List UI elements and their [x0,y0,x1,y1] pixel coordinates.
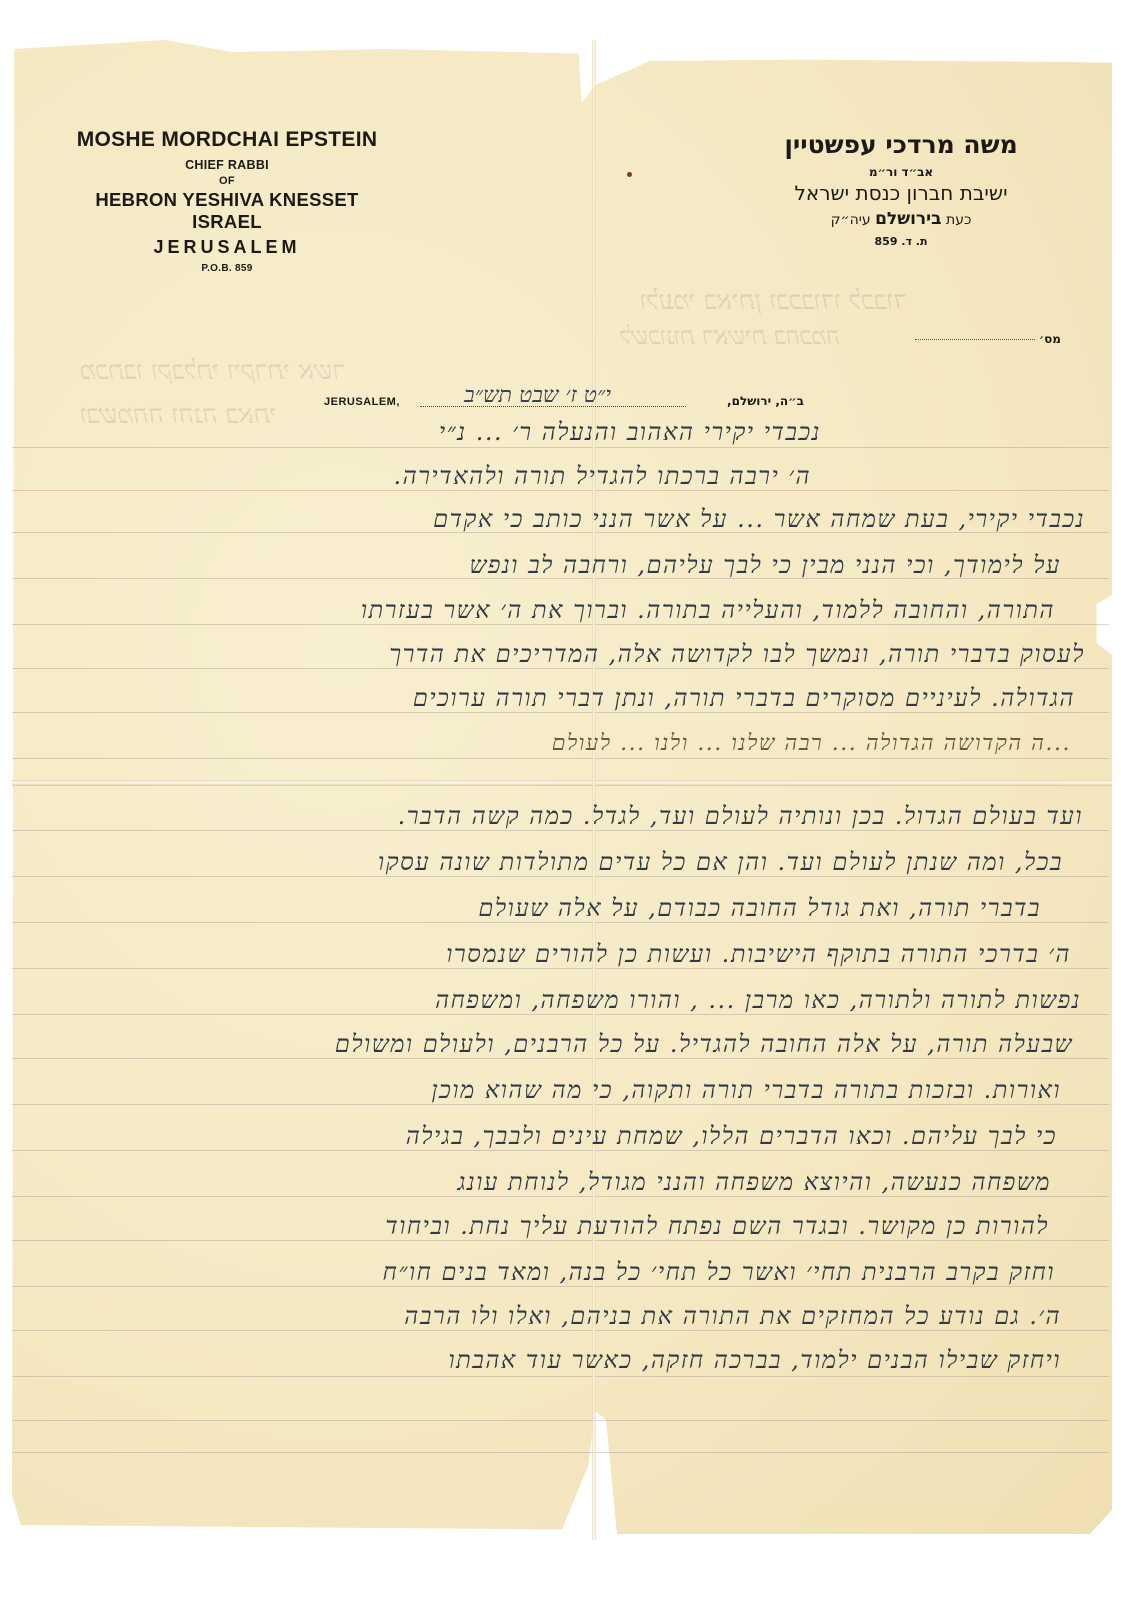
body-line: ה׳ ירבה ברכתו להגדיל תורה ולהאדירה. [393,462,811,491]
of-text: OF [62,175,392,187]
body-line: בדברי תורה, ואת גודל החובה כבודם, על אלה… [478,894,1041,923]
pob-he: ת. ד. 859 [721,235,1081,248]
body-line: נכבדי יקירי האהוב והנעלה ר׳ ... נ״י [439,418,821,447]
letterhead-english: MOSHE MORDCHAI EPSTEIN CHIEF RABBI OF HE… [62,128,392,274]
body-line: משפחה כנעשה, והיוצא משפחה והנני מגודל, ל… [457,1168,1051,1197]
body-line: כי לבך עליהם. וכאו הדברים הללו, שמחת עינ… [406,1122,1057,1151]
body-line: נפשות לתורה ולתורה, כאו מרבן ... , והורו… [435,986,1081,1015]
body-line: וחזק בקרב הרבנית תחי׳ ואשר כל תחי׳ כל בנ… [383,1258,1055,1287]
body-line: ה׳ בדרכי התורה בתוקף הישיבות. ועשות כן ל… [446,940,1071,969]
rabbi-title-en: CHIEF RABBI [62,158,392,172]
rabbi-name-he: משה מרדכי עפשטיין [721,130,1081,159]
city-en: JERUSALEM [62,237,392,258]
institution-he: ישיבת חברון כנסת ישראל [721,181,1081,205]
rabbi-name-en: MOSHE MORDCHAI EPSTEIN [62,128,392,152]
body-line: ה׳. גם נודע כל המחזקים את התורה את בניהם… [404,1302,1061,1331]
body-line: על לימודך, וכי הנני מבין כי לבך עליהם, ו… [469,551,1061,580]
dateline: JERUSALEM, י״ט ז׳ שבט תש״ב ב״ה, ירושלם, [324,392,804,416]
horizontal-fold-crease [12,780,1112,786]
body-line: לעסוק בדברי תורה, ונמשך לבו לקדושה אלה, … [389,640,1085,669]
body-line: ועד בעולם הגדול. בכן ונותיה לעולם ועד, ל… [398,802,1083,831]
pob-en: P.O.B. 859 [62,263,392,274]
institution-en: HEBRON YESHIVA KNESSET ISRAEL [62,189,392,233]
ink-spot [627,172,632,177]
body-line: ואורות. ובזכות בתורה בדברי תורה ותקוה, כ… [432,1076,1061,1105]
handwritten-date: י״ט ז׳ שבט תש״ב [464,382,611,408]
city-he: כעת בירושלם עיה״ק [721,209,1081,229]
dateline-hebrew-label: ב״ה, ירושלם, [727,394,804,408]
body-line: נכבדי יקירי, בעת שמחה אשר ... על אשר הננ… [433,505,1085,534]
body-line: ויחזק שבילו הבנים ילמוד, בברכה חזקה, כאש… [448,1346,1061,1375]
letterhead-hebrew: משה מרדכי עפשטיין אב״ד ור״מ ישיבת חברון … [721,130,1081,248]
body-line: ...ה הקדושה הגדולה ... רבה שלנו ... ולנו… [552,730,1071,756]
body-line: בכל, ומה שנתן לעולם ועד. והן אם כל עדים … [378,848,1063,877]
body-line: הגדולה. לעיניים מסוקרים בדברי תורה, ונתן… [413,684,1075,713]
reference-number-field: מס׳ [915,332,1061,346]
body-line: שבעלה תורה, על אלה החובה להגדיל. על כל ה… [335,1030,1073,1059]
body-line: התורה, והחובה ללמוד, והעלייה בתורה. וברו… [361,596,1055,625]
body-line: להורות כן מקושר. ובגדר השם נפתח להודעת ע… [385,1212,1049,1241]
dateline-english-label: JERUSALEM, [324,396,400,408]
rabbi-title-he: אב״ד ור״מ [721,165,1081,179]
